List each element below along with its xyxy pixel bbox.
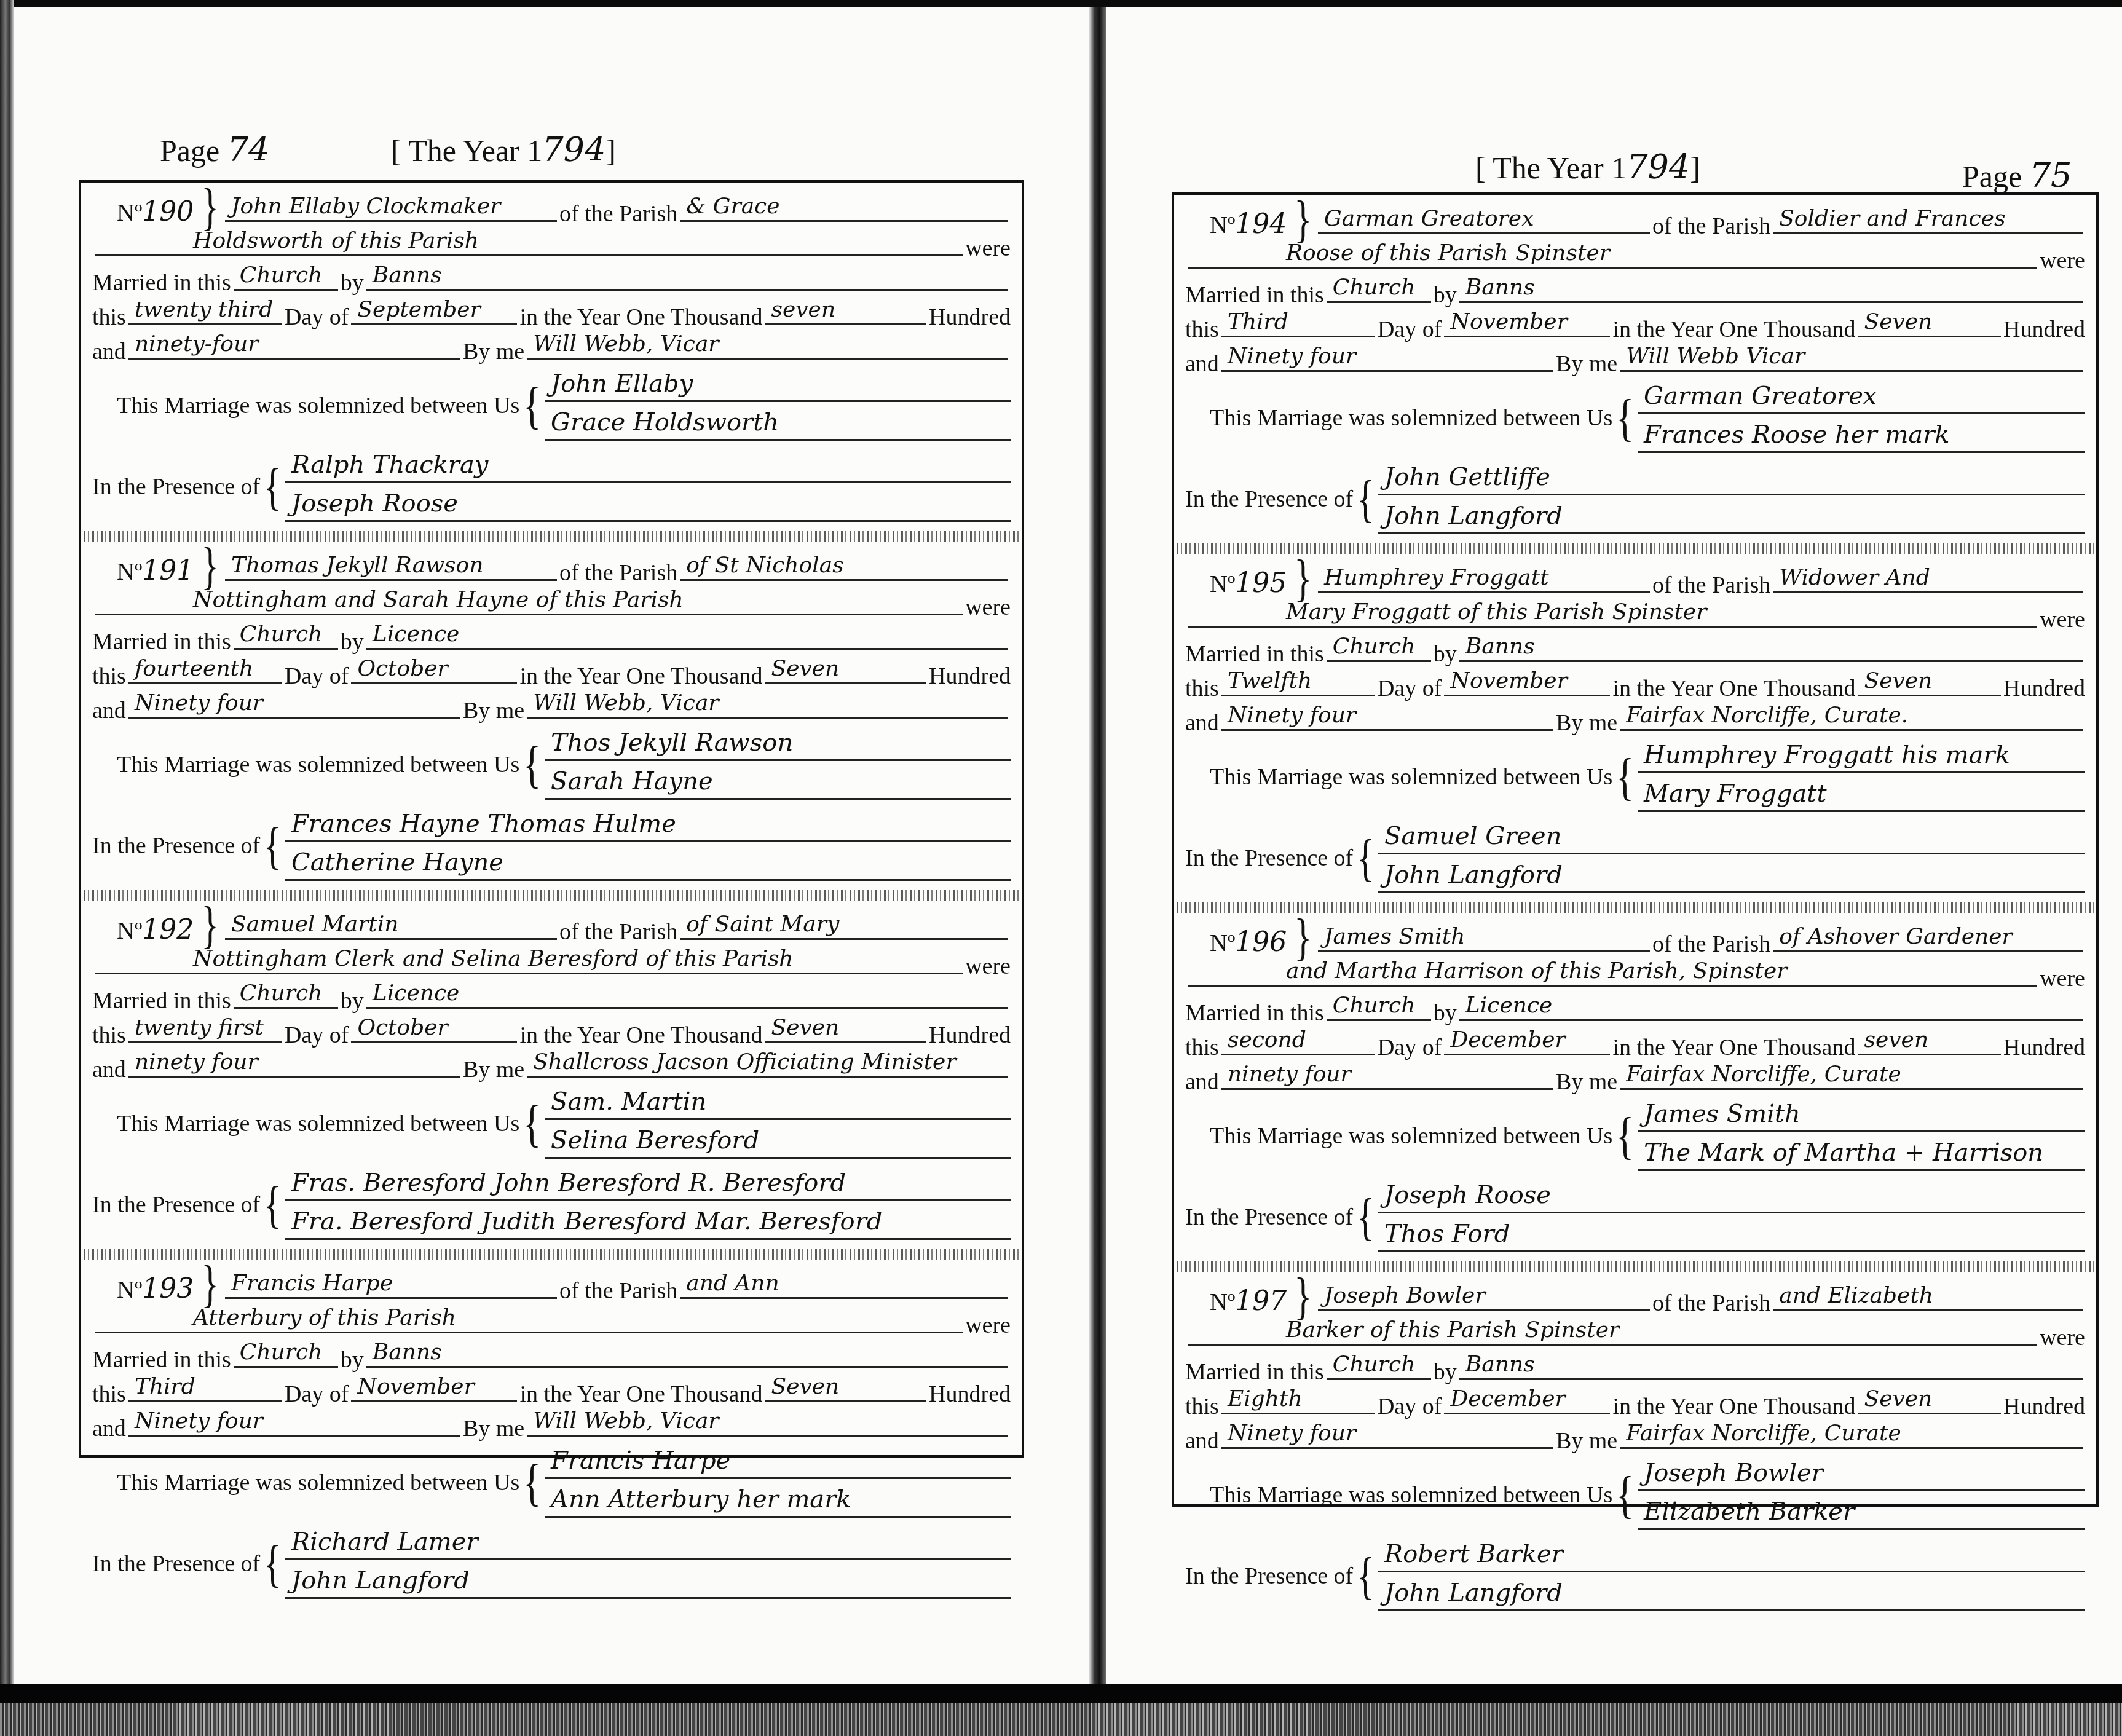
marriage-entry: Nº194 } Garman Greatorex of the Parish S… (1174, 195, 2096, 554)
witness-1: Samuel Green (1378, 819, 2085, 854)
entry-number: 191 (142, 555, 194, 586)
entry-number-label: Nº193 (92, 1276, 194, 1303)
signatory-2: Ann Atterbury her mark (545, 1483, 1011, 1518)
entry-number-label: Nº197 (1185, 1288, 1287, 1315)
parish-line-1: & Grace (680, 193, 1008, 222)
parish-line-2: Atterbury of this Parish (95, 1304, 963, 1333)
officiant: Fairfax Norcliffe, Curate (1620, 1061, 2083, 1090)
witness-1: Ralph Thackray (285, 448, 1011, 483)
groom-name: Francis Harpe (225, 1270, 557, 1299)
month: December (1444, 1386, 1610, 1414)
signatory-2: The Mark of Martha + Harrison (1638, 1136, 2085, 1171)
witness-1: Joseph Roose (1378, 1178, 2085, 1213)
brace-icon: { (1357, 832, 1375, 884)
brace-icon: { (1616, 751, 1634, 803)
place: Church (1327, 274, 1431, 303)
signatory-2: Mary Froggatt (1638, 777, 2085, 812)
signatory-2: Elizabeth Barker (1638, 1495, 2085, 1530)
witness-2: John Langford (1378, 1576, 2085, 1611)
entry-number-label: Nº191 (92, 558, 194, 585)
month: December (1444, 1027, 1610, 1055)
brace-icon: { (1357, 473, 1375, 525)
signatory-2: Grace Holdsworth (545, 406, 1011, 441)
brace-icon: } (201, 899, 219, 951)
brace-icon: { (264, 1179, 282, 1231)
place: Church (234, 980, 338, 1009)
page-label: Page (1962, 159, 2022, 194)
marriage-method: Banns (1459, 1351, 2083, 1380)
day: Third (1221, 309, 1375, 337)
entry-number-label: Nº192 (92, 917, 194, 944)
ornamental-divider (1177, 902, 2094, 913)
brace-icon: } (201, 181, 219, 233)
parish-line-2: Roose of this Parish Spinster (1188, 240, 2037, 269)
place: Church (234, 621, 338, 650)
register-table: Nº190 } John Ellaby Clockmaker of the Pa… (79, 180, 1024, 1458)
witness-2: Catherine Hayne (285, 846, 1011, 881)
witness-2: Fra. Beresford Judith Beresford Mar. Ber… (285, 1205, 1011, 1240)
month: November (351, 1373, 517, 1402)
years-word: Ninety four (1221, 343, 1553, 372)
signatory-1: John Ellaby (545, 367, 1011, 402)
thousand-word: Seven (1858, 668, 2001, 696)
parish-line-1: of Ashover Gardener (1773, 923, 2083, 952)
signatory-2: Selina Beresford (545, 1124, 1011, 1159)
entry-number: 196 (1235, 926, 1287, 958)
signatory-1: Humphrey Froggatt his mark (1638, 738, 2085, 773)
marriage-entry: Nº192 } Samuel Martin of the Parish of S… (81, 901, 1022, 1260)
entry-number-label: Nº195 (1185, 570, 1287, 597)
place: Church (1327, 1351, 1431, 1380)
marriage-entry: Nº195 } Humphrey Froggatt of the Parish … (1174, 554, 2096, 913)
witness-1: Frances Hayne Thomas Hulme (285, 807, 1011, 842)
page-label: Page (160, 133, 219, 168)
marriage-entry: Nº190 } John Ellaby Clockmaker of the Pa… (81, 183, 1022, 542)
month: November (1444, 668, 1610, 696)
marriage-method: Licence (1459, 992, 2083, 1021)
brace-icon: } (1294, 912, 1312, 963)
brace-icon: } (201, 540, 219, 592)
page-number: 74 (227, 130, 270, 169)
brace-icon: { (1357, 1191, 1375, 1243)
day: Third (128, 1373, 282, 1402)
day: Eighth (1221, 1386, 1375, 1414)
marriage-method: Licence (366, 621, 1008, 650)
thousand-word: seven (1858, 1027, 2001, 1055)
day: second (1221, 1027, 1375, 1055)
thousand-word: Seven (765, 655, 926, 684)
parish-line-1: of St Nicholas (680, 552, 1008, 581)
parish-line-2: Holdsworth of this Parish (95, 227, 963, 256)
place: Church (1327, 992, 1431, 1021)
thousand-word: Seven (1858, 1386, 2001, 1414)
years-word: ninety four (1221, 1061, 1553, 1090)
marriage-method: Banns (366, 262, 1008, 291)
marriage-entry: Nº197 } Joseph Bowler of the Parish and … (1174, 1272, 2096, 1615)
groom-name: Joseph Bowler (1318, 1282, 1650, 1311)
brace-icon: { (264, 461, 282, 513)
witness-2: John Langford (285, 1564, 1011, 1599)
ornamental-divider (84, 890, 1019, 901)
officiant: Fairfax Norcliffe, Curate. (1620, 702, 2083, 731)
groom-name: Humphrey Froggatt (1318, 564, 1650, 593)
groom-name: Samuel Martin (225, 911, 557, 940)
marriage-entry: Nº196 } James Smith of the Parish of Ash… (1174, 913, 2096, 1272)
years-word: Ninety four (1221, 1420, 1553, 1449)
signatory-2: Frances Roose her mark (1638, 418, 2085, 453)
month: October (351, 655, 517, 684)
parish-line-1: Soldier and Frances (1773, 205, 2083, 234)
thousand-word: Seven (765, 1014, 926, 1043)
marriage-entry: Nº193 } Francis Harpe of the Parish and … (81, 1260, 1022, 1603)
years-word: ninety-four (128, 331, 460, 360)
signatory-1: Francis Harpe (545, 1444, 1011, 1479)
month: November (1444, 309, 1610, 337)
officiant: Will Webb, Vicar (527, 331, 1008, 360)
ornamental-divider (1177, 1261, 2094, 1272)
entry-number: 195 (1235, 567, 1287, 599)
witness-2: John Langford (1378, 858, 2085, 893)
entry-number-label: Nº190 (92, 199, 194, 226)
entry-number-label: Nº196 (1185, 929, 1287, 956)
groom-name: Thomas Jekyll Rawson (225, 552, 557, 581)
brace-icon: { (523, 1098, 541, 1150)
place: Church (234, 1339, 338, 1368)
officiant: Shallcross Jacson Officiating Minister (527, 1049, 1008, 1078)
year-value: 794 (1627, 148, 1690, 186)
witness-1: John Gettliffe (1378, 460, 2085, 495)
brace-icon: { (1616, 392, 1634, 444)
entry-number: 192 (142, 914, 194, 945)
scan-top-edge (0, 0, 2122, 7)
officiant: Will Webb, Vicar (527, 690, 1008, 719)
ornamental-divider (84, 1249, 1019, 1260)
brace-icon: { (1357, 1550, 1375, 1602)
parish-line-1: Widower And (1773, 564, 2083, 593)
day: fourteenth (128, 655, 282, 684)
brace-icon: { (523, 380, 541, 432)
signatory-2: Sarah Hayne (545, 765, 1011, 800)
book-left-edge (0, 0, 14, 1684)
brace-icon: { (523, 1457, 541, 1509)
officiant: Will Webb, Vicar (527, 1408, 1008, 1437)
groom-name: James Smith (1318, 923, 1650, 952)
witness-1: Robert Barker (1378, 1537, 2085, 1572)
parish-line-1: of Saint Mary (680, 911, 1008, 940)
brace-icon: } (1294, 194, 1312, 245)
year-value: 794 (542, 130, 605, 169)
brace-icon: } (201, 1258, 219, 1310)
brace-icon: } (1294, 553, 1312, 604)
parish-line-2: Mary Froggatt of this Parish Spinster (1188, 599, 2037, 628)
years-word: Ninety four (128, 690, 460, 719)
entry-number: 193 (142, 1273, 194, 1304)
ornamental-divider (1177, 543, 2094, 554)
scan-background-surface (0, 1703, 2122, 1736)
month: September (351, 296, 517, 325)
page-number: 75 (2030, 156, 2072, 195)
entry-number-label: Nº194 (1185, 211, 1287, 238)
brace-icon: { (1616, 1469, 1634, 1521)
entry-number: 197 (1235, 1285, 1287, 1317)
signatory-1: Thos Jekyll Rawson (545, 726, 1011, 761)
marriage-method: Banns (366, 1339, 1008, 1368)
thousand-word: seven (765, 296, 926, 325)
place: Church (1327, 633, 1431, 662)
witness-2: Joseph Roose (285, 487, 1011, 522)
signatory-1: James Smith (1638, 1097, 2085, 1132)
entry-number: 194 (1235, 208, 1287, 240)
marriage-entry: Nº191 } Thomas Jekyll Rawson of the Pari… (81, 542, 1022, 901)
parish-line-2: Nottingham and Sarah Hayne of this Paris… (95, 586, 963, 615)
entry-number: 190 (142, 196, 194, 227)
years-word: ninety four (128, 1049, 460, 1078)
scan-bottom-shadow (0, 1684, 2122, 1703)
brace-icon: } (1294, 1271, 1312, 1322)
marriage-method: Banns (1459, 633, 2083, 662)
day: twenty third (128, 296, 282, 325)
marriage-method: Licence (366, 980, 1008, 1009)
page-number-heading: Page 74 (160, 130, 269, 169)
thousand-word: Seven (1858, 309, 2001, 337)
witness-1: Fras. Beresford John Beresford R. Beresf… (285, 1166, 1011, 1201)
place: Church (234, 262, 338, 291)
book-gutter (1089, 7, 1106, 1684)
right-page: [ The Year 1794] Page 75 Nº194 } Garman … (1106, 7, 2122, 1684)
parish-line-2: Barker of this Parish Spinster (1188, 1317, 2037, 1346)
page-number-heading: Page 75 (1962, 156, 2072, 195)
left-page: Page 74 [ The Year 1794] Nº190 } John El… (14, 7, 1089, 1684)
officiant: Fairfax Norcliffe, Curate (1620, 1420, 2083, 1449)
register-table: Nº194 } Garman Greatorex of the Parish S… (1172, 192, 2099, 1507)
year-heading: [ The Year 1794] (391, 130, 616, 169)
year-heading: [ The Year 1794] (1475, 148, 1700, 186)
parish-line-1: and Ann (680, 1270, 1008, 1299)
officiant: Will Webb Vicar (1620, 343, 2083, 372)
signatory-1: Sam. Martin (545, 1085, 1011, 1120)
witness-2: Thos Ford (1378, 1217, 2085, 1252)
brace-icon: { (264, 1538, 282, 1590)
marriage-method: Banns (1459, 274, 2083, 303)
day: Twelfth (1221, 668, 1375, 696)
parish-line-2: Nottingham Clerk and Selina Beresford of… (95, 945, 963, 974)
years-word: Ninety four (1221, 702, 1553, 731)
brace-icon: { (523, 739, 541, 791)
signatory-1: Garman Greatorex (1638, 379, 2085, 414)
ornamental-divider (84, 531, 1019, 542)
signatory-1: Joseph Bowler (1638, 1456, 2085, 1491)
groom-name: Garman Greatorex (1318, 205, 1650, 234)
parish-line-1: and Elizabeth (1773, 1282, 2083, 1311)
day: twenty first (128, 1014, 282, 1043)
month: October (351, 1014, 517, 1043)
witness-2: John Langford (1378, 499, 2085, 534)
brace-icon: { (1616, 1110, 1634, 1162)
brace-icon: { (264, 820, 282, 872)
years-word: Ninety four (128, 1408, 460, 1437)
witness-1: Richard Lamer (285, 1525, 1011, 1560)
thousand-word: Seven (765, 1373, 926, 1402)
groom-name: John Ellaby Clockmaker (225, 193, 557, 222)
parish-line-2: and Martha Harrison of this Parish, Spin… (1188, 958, 2037, 987)
